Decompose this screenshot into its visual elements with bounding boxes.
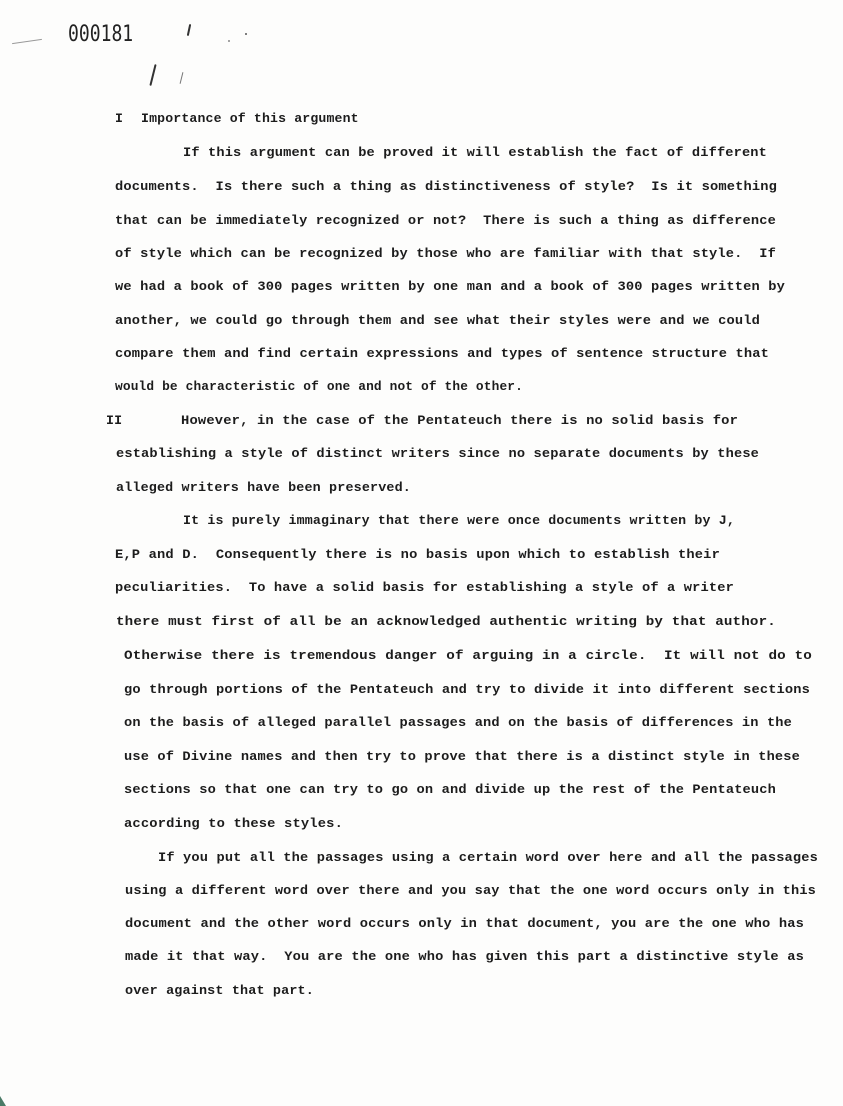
text-line: sections so that one can try to go on an… — [124, 782, 776, 798]
text-line: However, in the case of the Pentateuch t… — [181, 413, 738, 429]
section-heading: Importance of this argument — [141, 111, 359, 127]
text-line: E,P and D. Consequently there is no basi… — [115, 547, 720, 563]
text-line: use of Divine names and then try to prov… — [124, 749, 800, 765]
page-number: 000181 — [68, 22, 133, 47]
text-line: there must first of all be an acknowledg… — [116, 614, 776, 630]
text-line: according to these styles. — [124, 816, 343, 832]
text-line: made it that way. You are the one who ha… — [125, 949, 804, 965]
text-line: over against that part. — [125, 983, 314, 999]
text-line: peculiarities. To have a solid basis for… — [115, 580, 734, 596]
scan-dot — [228, 40, 230, 42]
section-numeral: II — [106, 413, 122, 429]
text-line: would be characteristic of one and not o… — [115, 379, 523, 395]
document-page: 000181 I Importance of this argument If … — [0, 0, 843, 1106]
text-line: of style which can be recognized by thos… — [115, 246, 776, 262]
text-line: using a different word over there and yo… — [125, 883, 816, 899]
scan-corner-mark — [0, 1096, 6, 1106]
text-line: If you put all the passages using a cert… — [158, 850, 818, 866]
pen-tick-mark — [149, 64, 156, 86]
text-line: on the basis of alleged parallel passage… — [124, 715, 792, 731]
text-line: alleged writers have been preserved. — [116, 480, 411, 496]
section-numeral: I — [115, 111, 123, 127]
pen-tick-mark — [180, 72, 184, 84]
text-line: we had a book of 300 pages written by on… — [115, 279, 785, 295]
scan-dot — [245, 33, 247, 35]
pen-tick-mark — [187, 24, 191, 36]
text-line: another, we could go through them and se… — [115, 313, 760, 329]
text-line: documents. Is there such a thing as dist… — [115, 179, 777, 195]
text-line: document and the other word occurs only … — [125, 916, 804, 932]
scan-dash-mark — [12, 39, 42, 44]
text-line: compare them and find certain expression… — [115, 346, 769, 362]
text-line: establishing a style of distinct writers… — [116, 446, 759, 462]
text-line: If this argument can be proved it will e… — [183, 145, 767, 161]
text-line: It is purely immaginary that there were … — [183, 513, 735, 529]
text-line: go through portions of the Pentateuch an… — [124, 682, 810, 698]
text-line: Otherwise there is tremendous danger of … — [124, 648, 812, 664]
text-line: that can be immediately recognized or no… — [115, 213, 776, 229]
